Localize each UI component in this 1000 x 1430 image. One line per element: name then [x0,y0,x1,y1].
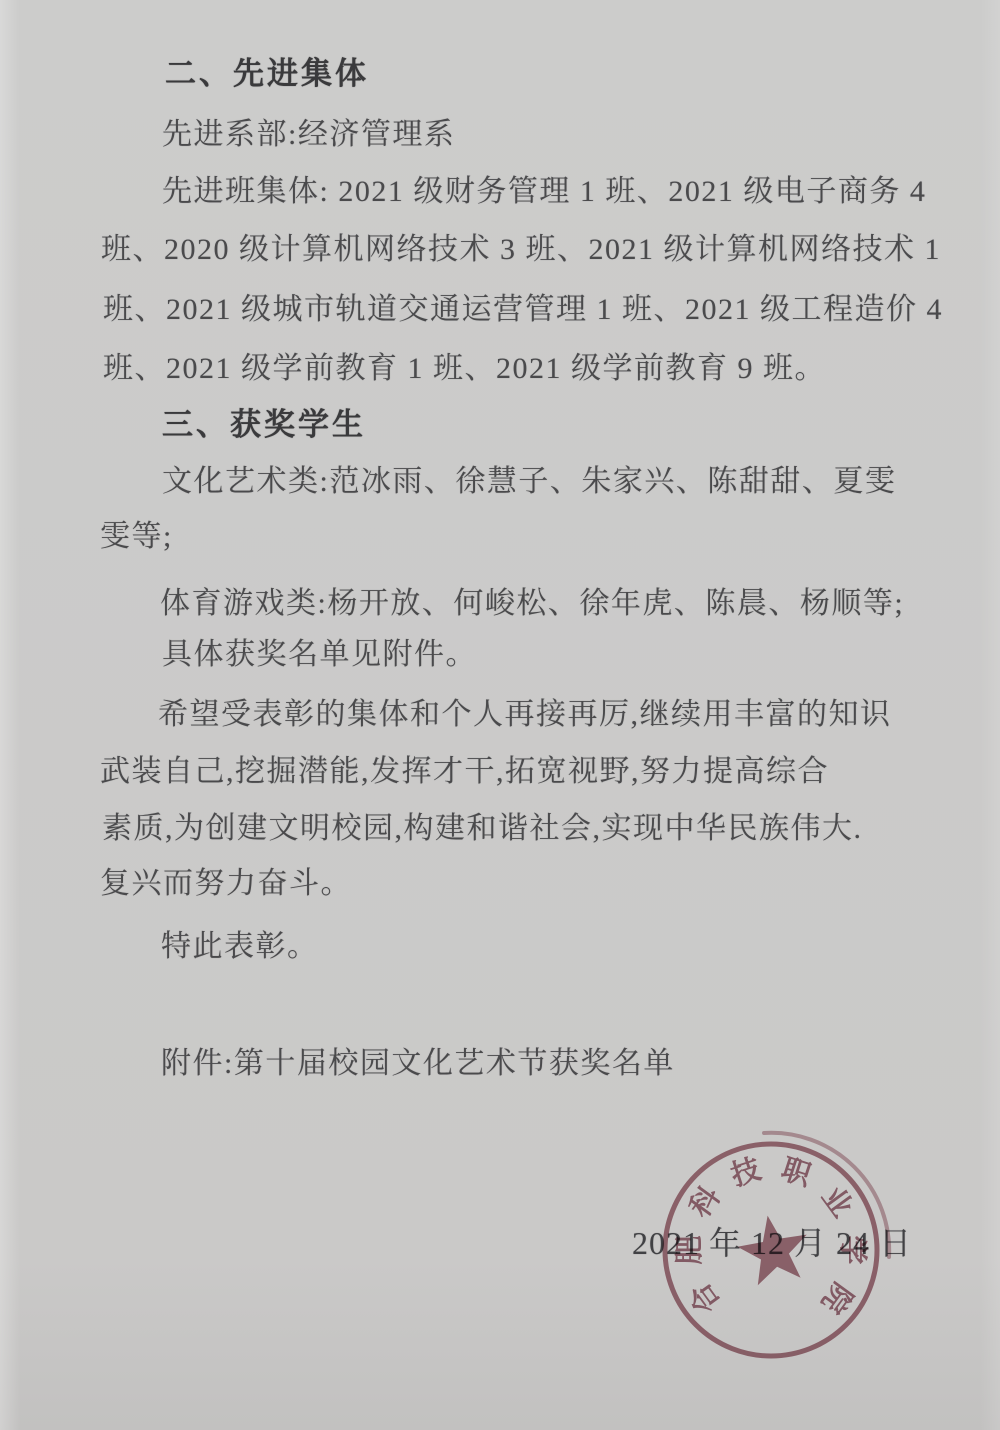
section-heading-awarded-students: 三、获奖学生 [162,408,366,442]
line-closing-2: 武装自己,挖掘潜能,发挥才干,拓宽视野,努力提高综合 [100,755,829,789]
seal-char: 院 [815,1276,859,1319]
line-closing-4: 复兴而努力奋斗。 [100,867,352,901]
seal-char: 学 [836,1235,869,1264]
line-hereby-commend: 特此表彰。 [161,930,319,964]
line-closing-1: 希望受表彰的集体和个人再接再厉,继续用丰富的知识 [158,698,892,732]
seal-char: 技 [727,1152,765,1192]
scanned-document-page: 二、先进集体 先进系部:经济管理系 先进班集体: 2021 级财务管理 1 班、… [0,0,1000,1430]
line-see-attachment: 具体获奖名单见附件。 [162,638,477,672]
line-closing-3: 素质,为创建文明校园,构建和谐社会,实现中华民族伟大. [102,812,863,846]
seal-char: 肥 [673,1235,706,1264]
line-sports-games: 体育游戏类:杨开放、何峻松、徐年虎、陈晨、杨顺等; [160,587,904,621]
seal-char: 业 [815,1181,859,1224]
official-seal: 合 肥 科 技 职 业 学 院 [621,1100,921,1400]
line-advanced-classes-1: 先进班集体: 2021 级财务管理 1 班、2021 级电子商务 4 [162,175,926,209]
line-advanced-classes-3: 班、2021 级城市轨道交通运营管理 1 班、2021 级工程造价 4 [103,293,943,327]
line-culture-art-2: 雯等; [100,520,173,554]
line-advanced-department: 先进系部:经济管理系 [162,118,455,152]
line-advanced-classes-2: 班、2020 级计算机网络技术 3 班、2021 级计算机网络技术 1 [101,233,941,267]
line-advanced-classes-4: 班、2021 级学前教育 1 班、2021 级学前教育 9 班。 [103,352,826,386]
line-culture-art-1: 文化艺术类:范冰雨、徐慧子、朱家兴、陈甜甜、夏雯 [162,465,896,499]
section-heading-advanced-collectives: 二、先进集体 [165,57,369,91]
line-attachment: 附件:第十届校园文化艺术节获奖名单 [161,1047,675,1081]
seal-char: 职 [777,1152,816,1193]
star-icon [737,1216,806,1286]
